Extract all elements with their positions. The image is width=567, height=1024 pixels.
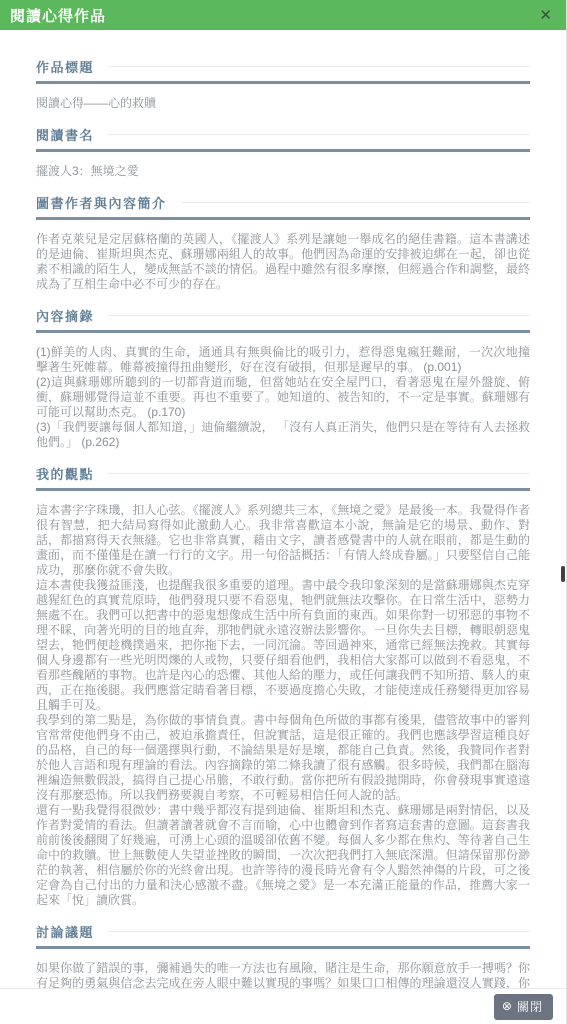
author-summary-label: 圖書作者與內容簡介 [36, 193, 167, 212]
section-label-row: 閱讀書名 [36, 125, 530, 152]
scrollbar-thumb[interactable] [561, 566, 565, 582]
excerpts-label: 內容摘錄 [36, 306, 94, 325]
book-title-label: 閱讀書名 [36, 125, 94, 144]
section-label-row: 內容摘錄 [36, 306, 530, 333]
discussion-label: 討論議題 [36, 922, 94, 941]
reading-report-modal: 閱讀心得作品 ✕ 作品標題 閱讀心得——心的救贖 閱讀書名 擺渡人3：無境之愛 … [0, 0, 567, 1024]
label-tail-line [108, 315, 530, 316]
close-x-icon[interactable]: ✕ [539, 8, 552, 23]
section-label-row: 圖書作者與內容簡介 [36, 193, 530, 220]
close-button-label: 關閉 [517, 998, 543, 1015]
book-title-value: 擺渡人3：無境之愛 [36, 164, 530, 179]
my-viewpoint-value: 這本書字字珠璣，扣人心弦。《擺渡人》系列總共三本，《無境之愛》是最後一本。我覺得… [36, 503, 530, 908]
section-label-row: 討論議題 [36, 922, 530, 949]
close-button[interactable]: ⊗ 關閉 [494, 994, 553, 1020]
label-tail-line [181, 202, 530, 203]
section-label-row: 作品標題 [36, 57, 530, 84]
excerpts-value: (1)鮮美的人肉、真實的生命，通通具有無與倫比的吸引力，惹得惡鬼瘋狂難耐，一次次… [36, 345, 530, 450]
my-viewpoint-label: 我的觀點 [36, 464, 94, 483]
section-label-row: 我的觀點 [36, 464, 530, 491]
modal-title: 閱讀心得作品 [10, 5, 106, 26]
section-author-summary: 圖書作者與內容簡介 作者克萊兒是定居蘇格蘭的英國人，《擺渡人》系列是讓她一舉成名… [36, 193, 530, 292]
section-excerpts: 內容摘錄 (1)鮮美的人肉、真實的生命，通通具有無與倫比的吸引力，惹得惡鬼瘋狂難… [36, 306, 530, 450]
label-tail-line [108, 931, 530, 932]
modal-footer: ⊗ 關閉 [0, 988, 566, 1024]
section-work-title: 作品標題 閱讀心得——心的救贖 [36, 57, 530, 111]
label-tail-line [108, 473, 530, 474]
author-summary-value: 作者克萊兒是定居蘇格蘭的英國人，《擺渡人》系列是讓她一舉成名的絕佳書籍。這本書講… [36, 232, 530, 292]
work-title-value: 閱讀心得——心的救贖 [36, 96, 530, 111]
work-title-label: 作品標題 [36, 57, 94, 76]
circled-x-icon: ⊗ [502, 1000, 513, 1012]
label-tail-line [108, 66, 530, 67]
label-tail-line [108, 134, 530, 135]
section-my-viewpoint: 我的觀點 這本書字字珠璣，扣人心弦。《擺渡人》系列總共三本，《無境之愛》是最後一… [36, 464, 530, 908]
modal-header: 閱讀心得作品 ✕ [0, 0, 566, 30]
modal-content: 作品標題 閱讀心得——心的救贖 閱讀書名 擺渡人3：無境之愛 圖書作者與內容簡介… [0, 30, 566, 1006]
section-book-title: 閱讀書名 擺渡人3：無境之愛 [36, 125, 530, 179]
